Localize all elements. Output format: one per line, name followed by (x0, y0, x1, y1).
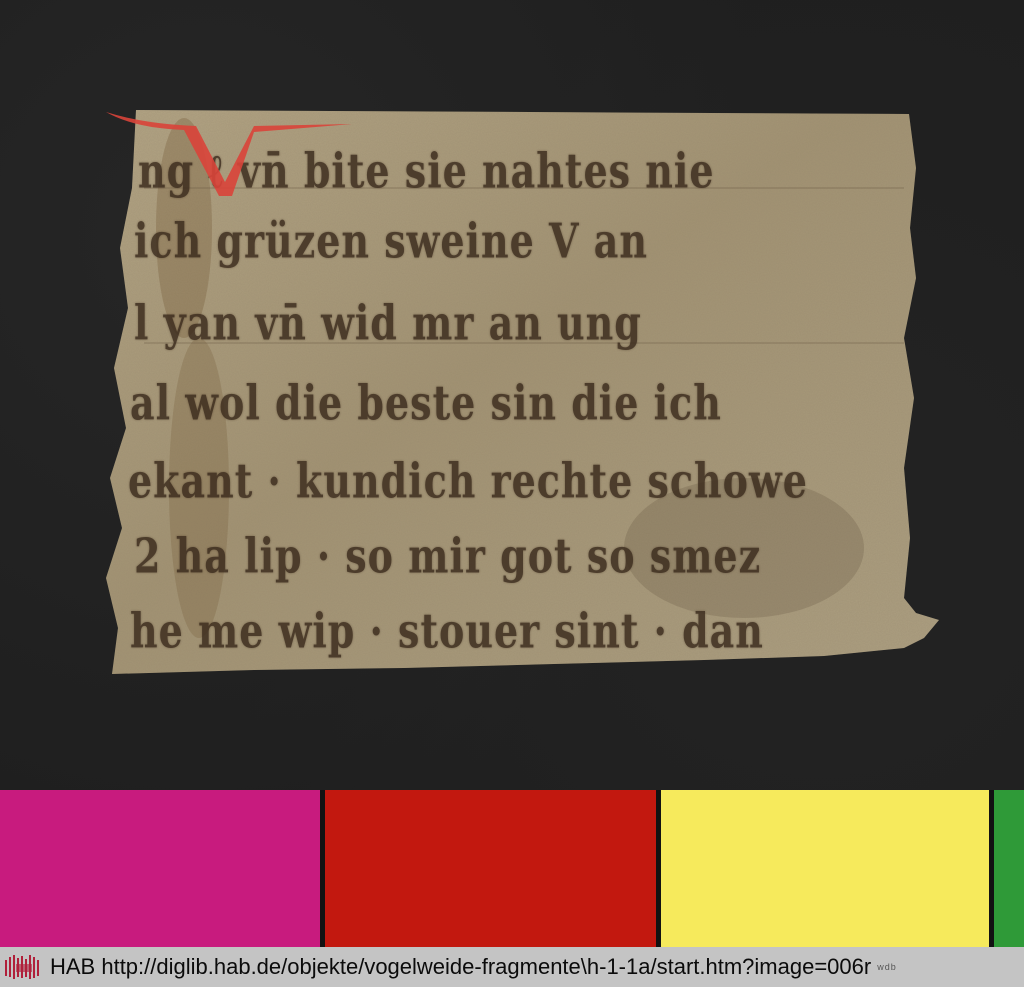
text-line-5: ekant · kundich rechte schowe (128, 452, 808, 508)
scan-background: ng ℓ vn̄ bite sie nahtes nie ich grüzen … (0, 0, 1024, 790)
color-calibration-strip (0, 790, 1024, 947)
source-url-label: HAB http://diglib.hab.de/objekte/vogelwe… (50, 954, 871, 980)
swatch-red (320, 790, 656, 947)
footer-bar: HAB http://diglib.hab.de/objekte/vogelwe… (0, 947, 1024, 987)
text-line-4: al wol die beste sin die ich (130, 374, 722, 430)
hab-logo-icon (4, 954, 44, 980)
text-line-7: he me wip · stouer sint · dan (130, 602, 764, 658)
parchment-fragment: ng ℓ vn̄ bite sie nahtes nie ich grüzen … (104, 108, 944, 676)
swatch-magenta (0, 790, 320, 947)
text-line-3: l yan vn̄ wid mr an ung (134, 294, 642, 350)
swatch-green (989, 790, 1024, 947)
red-initial-v-icon (104, 108, 354, 208)
text-line-2: ich grüzen sweine V an (134, 212, 648, 268)
text-line-6: 2 ha lip · so mir got so smez (134, 527, 761, 583)
wdb-mark: wdb (877, 962, 897, 972)
swatch-yellow (656, 790, 989, 947)
